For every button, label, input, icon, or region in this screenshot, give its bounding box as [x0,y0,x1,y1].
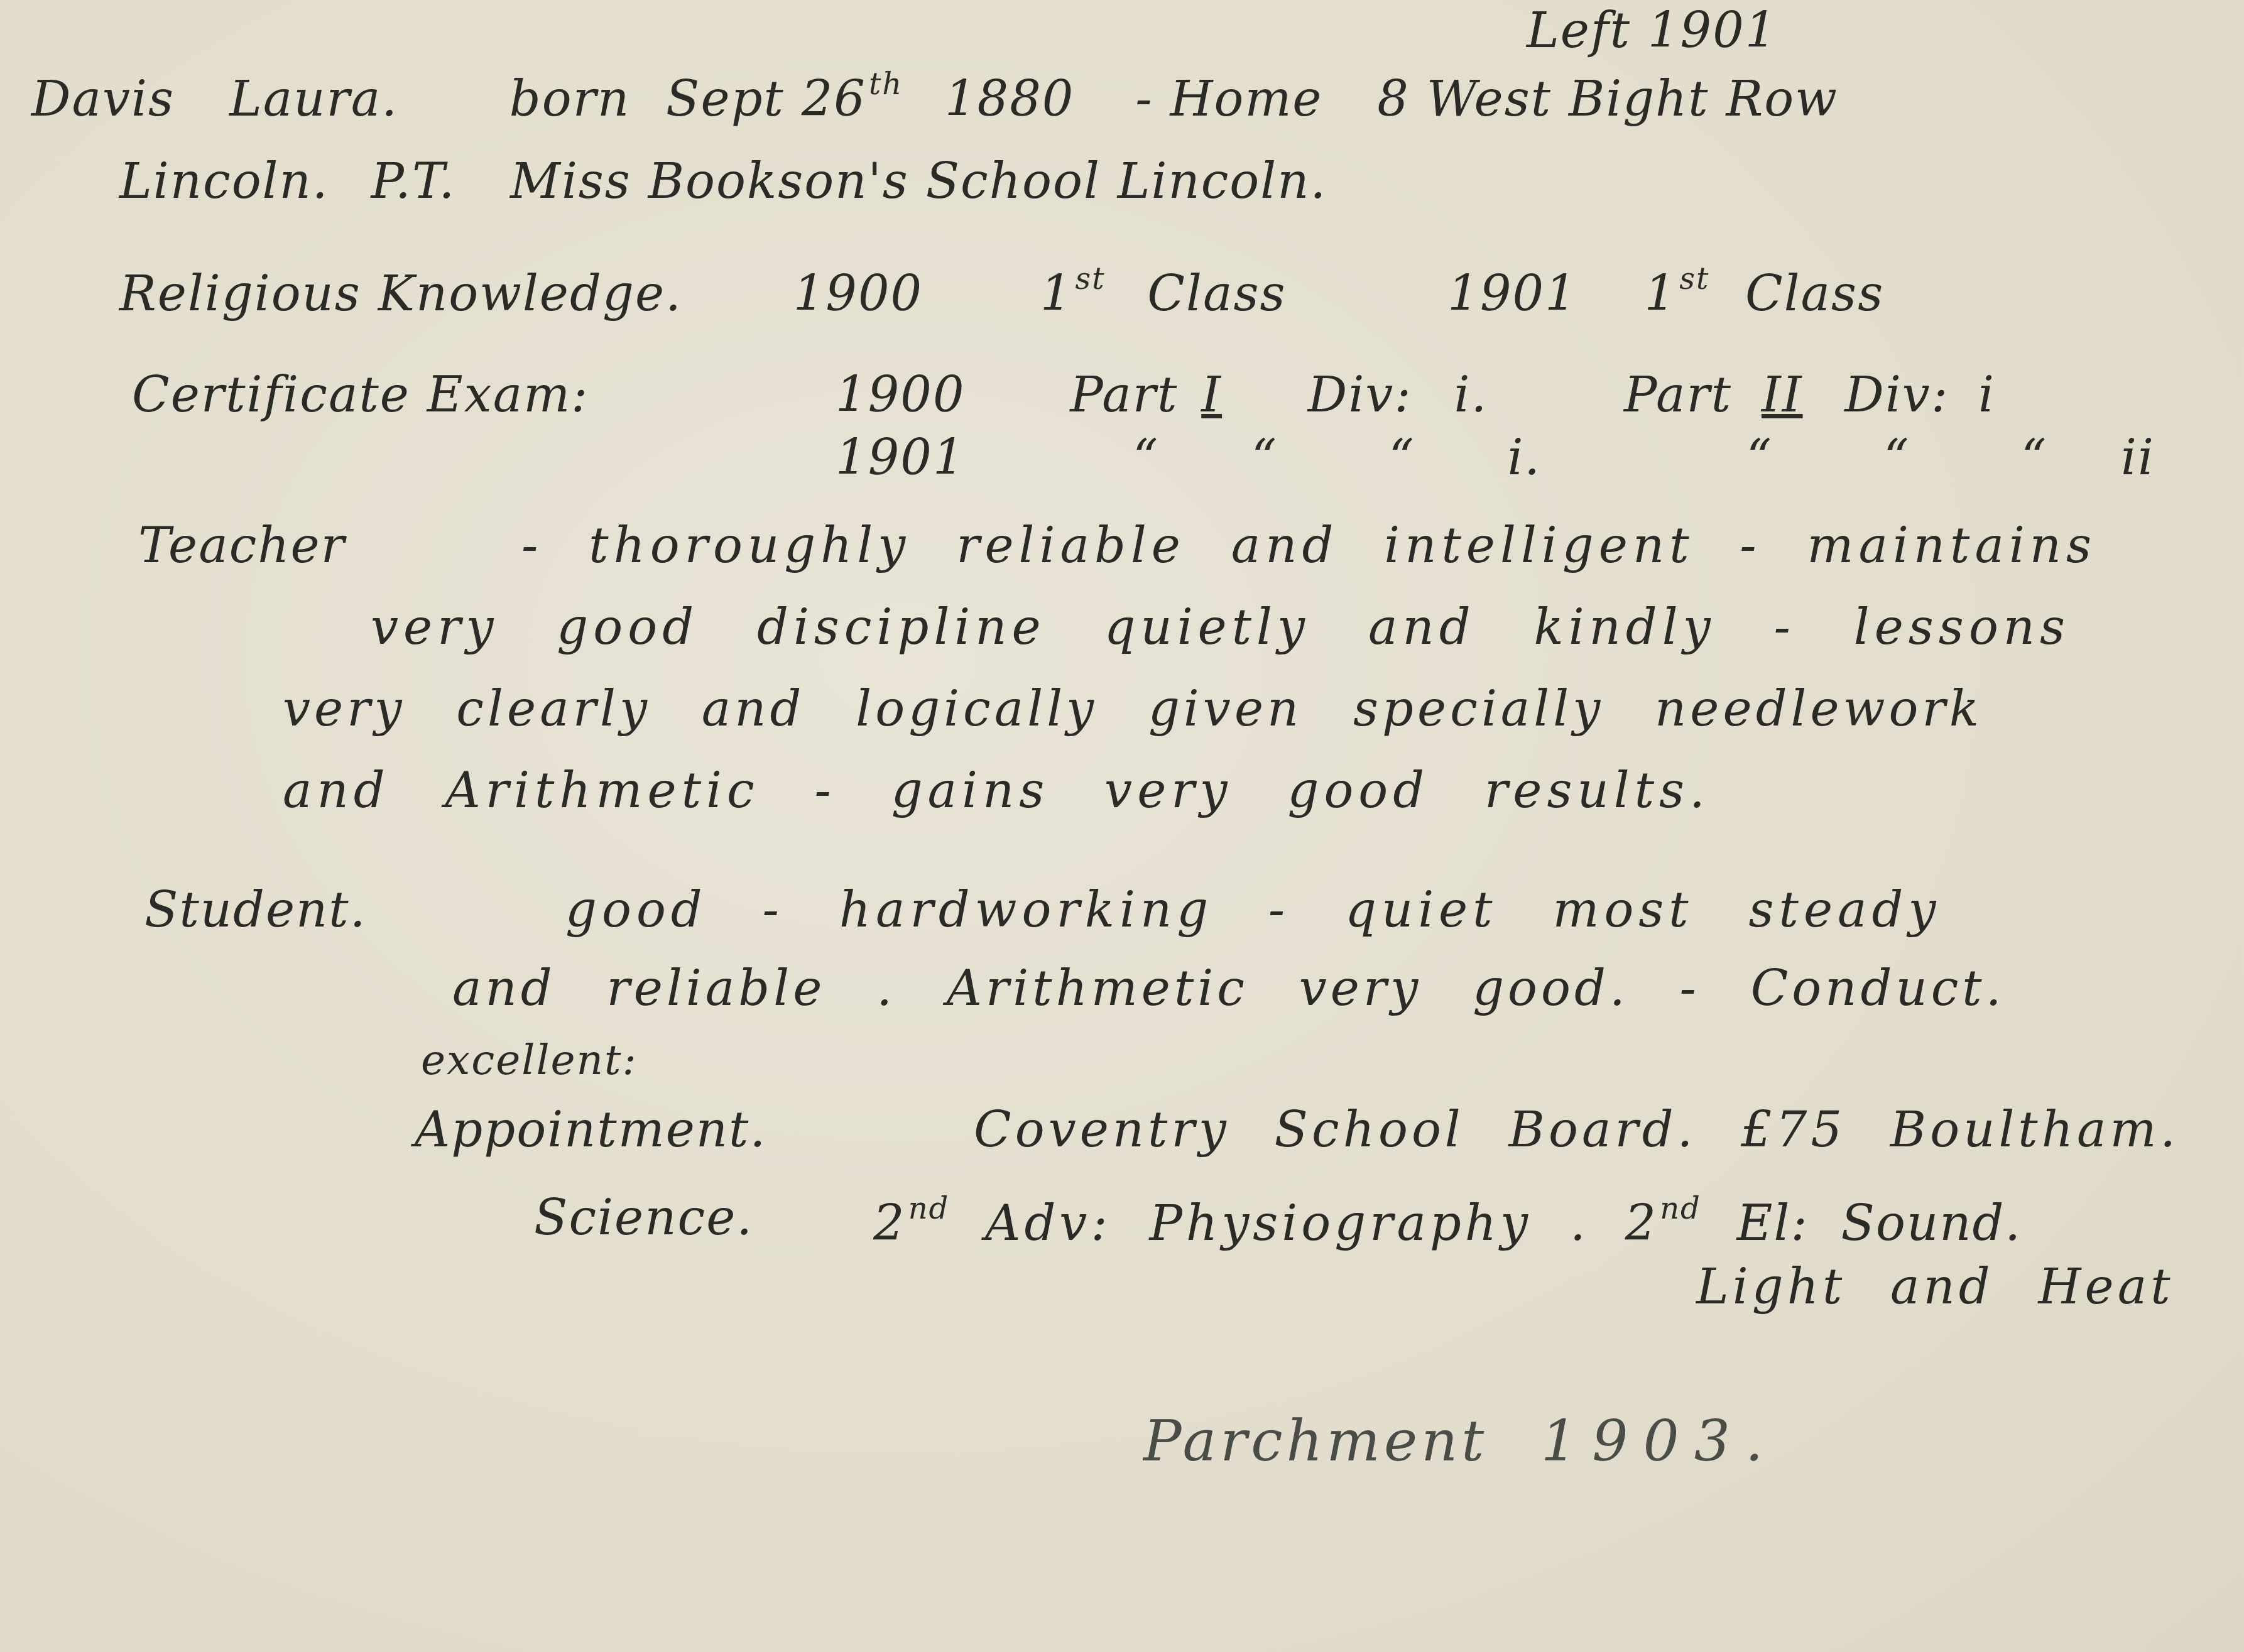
surname: Davis [31,71,175,128]
science-grade-1: 2 [873,1195,906,1252]
rk-year-1: 1900 [793,266,923,322]
science-line-1: 2nd Adv: Physiography . 2nd El: Sound. [873,1193,2022,1248]
register-page: Left 1901 Davis Laura. born Sept 26th 18… [0,0,2244,1652]
student-label: Student. [144,886,366,935]
science-line-2: Light and Heat [1696,1263,2174,1312]
left-note: Left 1901 [1527,6,1777,55]
born-suffix: th [869,67,903,102]
header-line-1: Davis Laura. born Sept 26th 1880 - Home … [31,69,1838,124]
cert-part-2-num: II [1762,367,1803,423]
header-line-2: Lincoln. P.T. Miss Bookson's School Linc… [119,157,1327,206]
cert-div-2: “ [2021,430,2047,486]
born-year: 1880 [945,71,1075,128]
cert-div-2-val: ii [2121,430,2155,486]
teacher-line-4: and Arithmetic - gains very good results… [283,766,1710,815]
science-grade-2: 2 [1625,1195,1658,1252]
teacher-line-3: very clearly and logically given special… [283,685,1983,734]
rk-result-1-num: 1 [1040,266,1073,322]
certificate-exam-label: Certificate Exam: [132,371,589,420]
religious-knowledge-row: Religious Knowledge. 1900 1st Class 1901… [119,264,1884,318]
rk-year-2: 1901 [1447,266,1577,322]
home-label: - Home [1135,71,1322,128]
parchment-row: Parchment 1903. [1143,1413,1778,1470]
school-name: Miss Bookson's School Lincoln. [510,153,1327,210]
cert-div-1-val: i. [1454,367,1488,423]
cert-part-2: Part [1624,367,1732,423]
teacher-line-2: very good discipline quietly and kindly … [371,603,2070,652]
cert-part-1: “ [1133,430,1159,486]
rk-result-1: Class [1147,266,1286,322]
science-grade-1-sup: nd [908,1191,950,1226]
pt-label: P.T. [371,153,455,210]
cert-year: 1900 [836,367,966,423]
cert-div-2-val: i [1978,367,1995,423]
rk-result-2-num: 1 [1645,266,1677,322]
science-subject-2: El: Sound. [1737,1195,2022,1252]
teacher-label: Teacher [138,521,346,570]
cert-row-1900: 1900 Part I Div: i. Part II Div: i [836,371,1995,420]
home-town: Lincoln. [119,153,329,210]
parchment-year: 1903. [1541,1408,1778,1474]
cert-div-1: Div: [1308,367,1412,423]
born-date: Sept 26 [666,71,866,128]
born-label: born [509,71,630,128]
cert-div-1-val: i. [1507,430,1541,486]
cert-row-1901: 1901 “ “ “ i. “ “ “ ii [836,433,2155,482]
teacher-line-1: - thoroughly reliable and intelligent - … [521,521,2096,570]
rk-result-1-sup: st [1076,261,1106,296]
cert-part-1: Part [1070,367,1178,423]
religious-knowledge-label: Religious Knowledge. [119,266,682,322]
science-subject-1: Adv: Physiography . [985,1195,1589,1252]
parchment-label: Parchment [1143,1408,1488,1474]
science-label: Science. [534,1193,753,1242]
cert-part-1-num: I [1201,367,1222,423]
cert-part-2-num: “ [1884,430,1910,486]
cert-div-2: Div: [1844,367,1949,423]
student-line-1: good - hardworking - quiet most steady [565,886,1941,935]
home-address: 8 West Bight Row [1377,71,1838,128]
rk-result-2-sup: st [1679,261,1709,296]
cert-part-2: “ [1746,430,1773,486]
forename: Laura. [229,71,398,128]
cert-div-1: “ [1389,430,1415,486]
student-line-3: excellent: [421,1040,638,1081]
student-line-2: and reliable . Arithmetic very good. - C… [452,964,2005,1013]
science-grade-2-sup: nd [1660,1191,1701,1226]
appointment-value: Coventry School Board. £75 Boultham. [974,1106,2179,1155]
rk-result-2: Class [1745,266,1884,322]
cert-year: 1901 [836,430,966,486]
appointment-label: Appointment. [415,1106,766,1155]
cert-part-1-num: “ [1251,430,1278,486]
